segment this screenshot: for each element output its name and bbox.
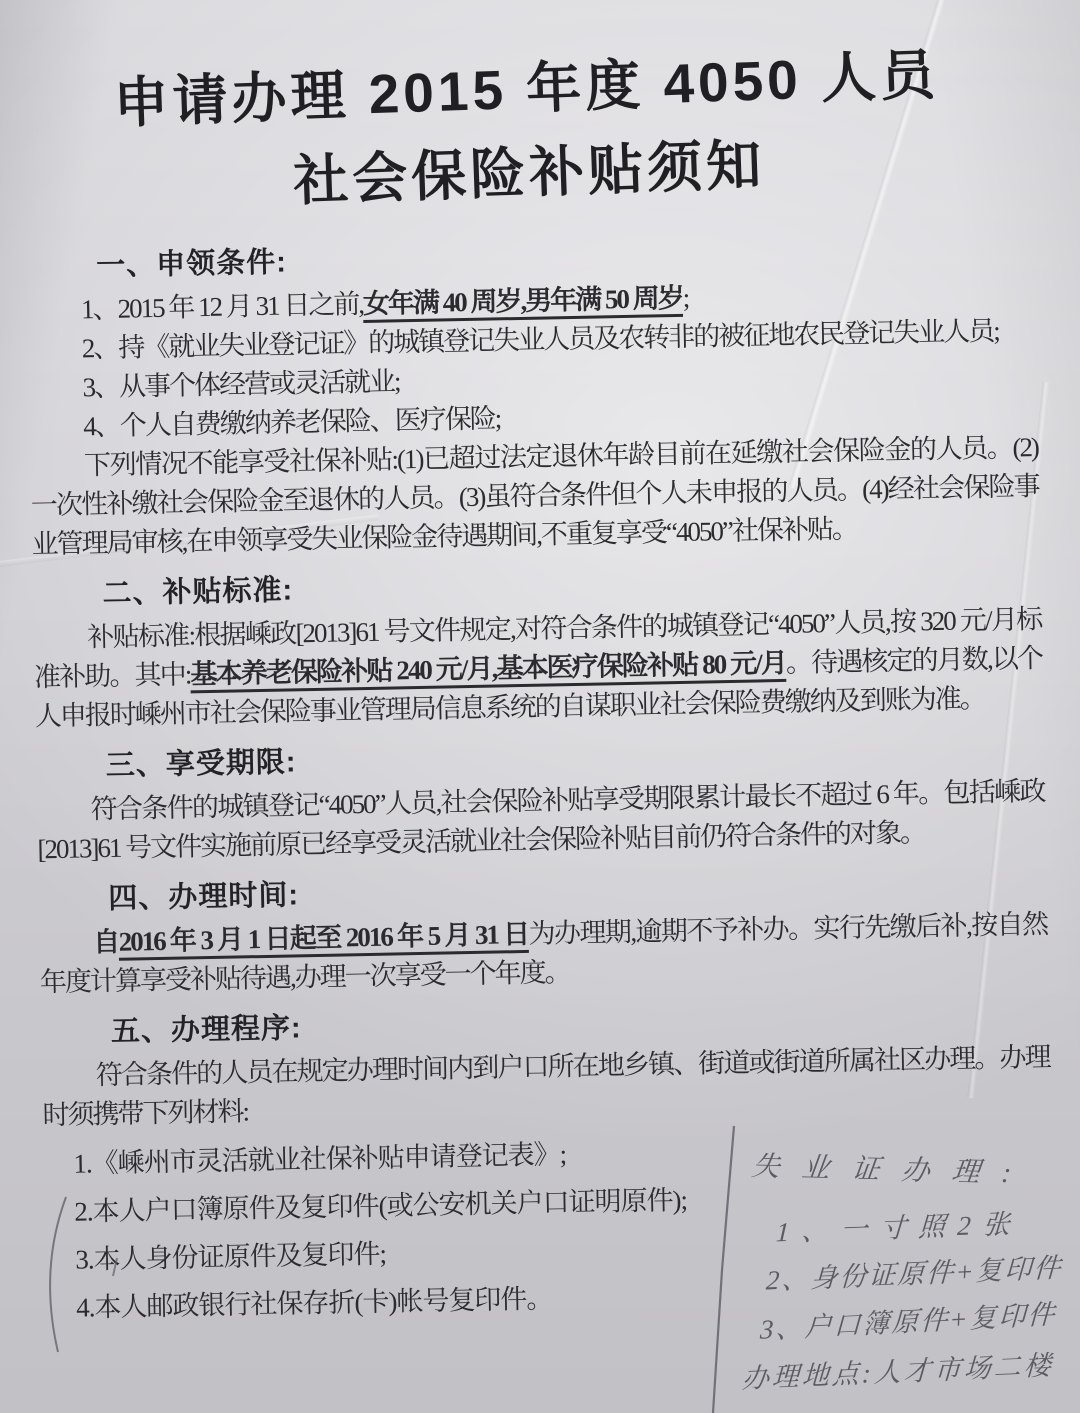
benefit-period-paragraph: 符合条件的城镇登记“4050”人员,社会保险补贴享受期限累计最长不超过 6 年。… bbox=[36, 772, 1045, 869]
age-requirement-highlight: 女年满 40 周岁,男年满 50 周岁 bbox=[363, 283, 683, 319]
exclusion-paragraph: 下列情况不能享受社保补贴:(1)已超过法定退休年龄目前在延缴社会保险金的人员。(… bbox=[30, 428, 1040, 564]
section-application-conditions: 一、申领条件: 1、2015 年 12 月 31 日之前,女年满 40 周岁,男… bbox=[26, 229, 1040, 564]
procedure-paragraph: 符合条件的人员在规定办理时间内到户口所在地乡镇、街道或街道所属社区办理。办理时须… bbox=[41, 1038, 1050, 1135]
handwriting-heading: 失业证办理: bbox=[750, 1144, 1036, 1191]
section-subsidy-standard: 二、补贴标准: 补贴标准:根据嵊政[2013]61 号文件规定,对符合条件的城镇… bbox=[32, 557, 1043, 736]
document-title: 申请办理 2015 年度 4050 人员 社会保险补贴须知 bbox=[21, 29, 1034, 232]
subsidy-standard-paragraph: 补贴标准:根据嵊政[2013]61 号文件规定,对符合条件的城镇登记“4050”… bbox=[33, 600, 1043, 736]
section-processing-time: 四、办理时间: 自2016 年 3 月 1 日起至 2016 年 5 月 31 … bbox=[38, 862, 1048, 1002]
condition-1-text: 1、2015 年 12 月 31 日之前, bbox=[81, 289, 364, 324]
processing-time-paragraph: 自2016 年 3 月 1 日起至 2016 年 5 月 31 日为办理期,逾期… bbox=[39, 905, 1048, 1002]
date-range-prefix: 自 bbox=[93, 927, 119, 957]
section-benefit-period: 三、享受期限: 符合条件的城镇登记“4050”人员,社会保险补贴享受期限累计最长… bbox=[35, 729, 1045, 869]
document-title-line2: 社会保险补贴须知 bbox=[292, 134, 766, 212]
subsidy-amounts-highlight: 基本养老保险补贴 240 元/月,基本医疗保险补贴 80 元/月 bbox=[190, 648, 786, 689]
document-title-line1: 申请办理 2015 年度 4050 人员 bbox=[112, 43, 940, 134]
condition-1-end: ; bbox=[682, 283, 688, 313]
handwriting-footer: 办理地点:人才市场二楼 bbox=[741, 1343, 1054, 1396]
date-range-highlight: 2016 年 3 月 1 日起至 2016 年 5 月 31 日 bbox=[118, 919, 528, 957]
paper-photo: 申请办理 2015 年度 4050 人员 社会保险补贴须知 一、申领条件: 1、… bbox=[0, 0, 1080, 1413]
printed-notice: 申请办理 2015 年度 4050 人员 社会保险补贴须知 一、申领条件: 1、… bbox=[22, 37, 1054, 1328]
